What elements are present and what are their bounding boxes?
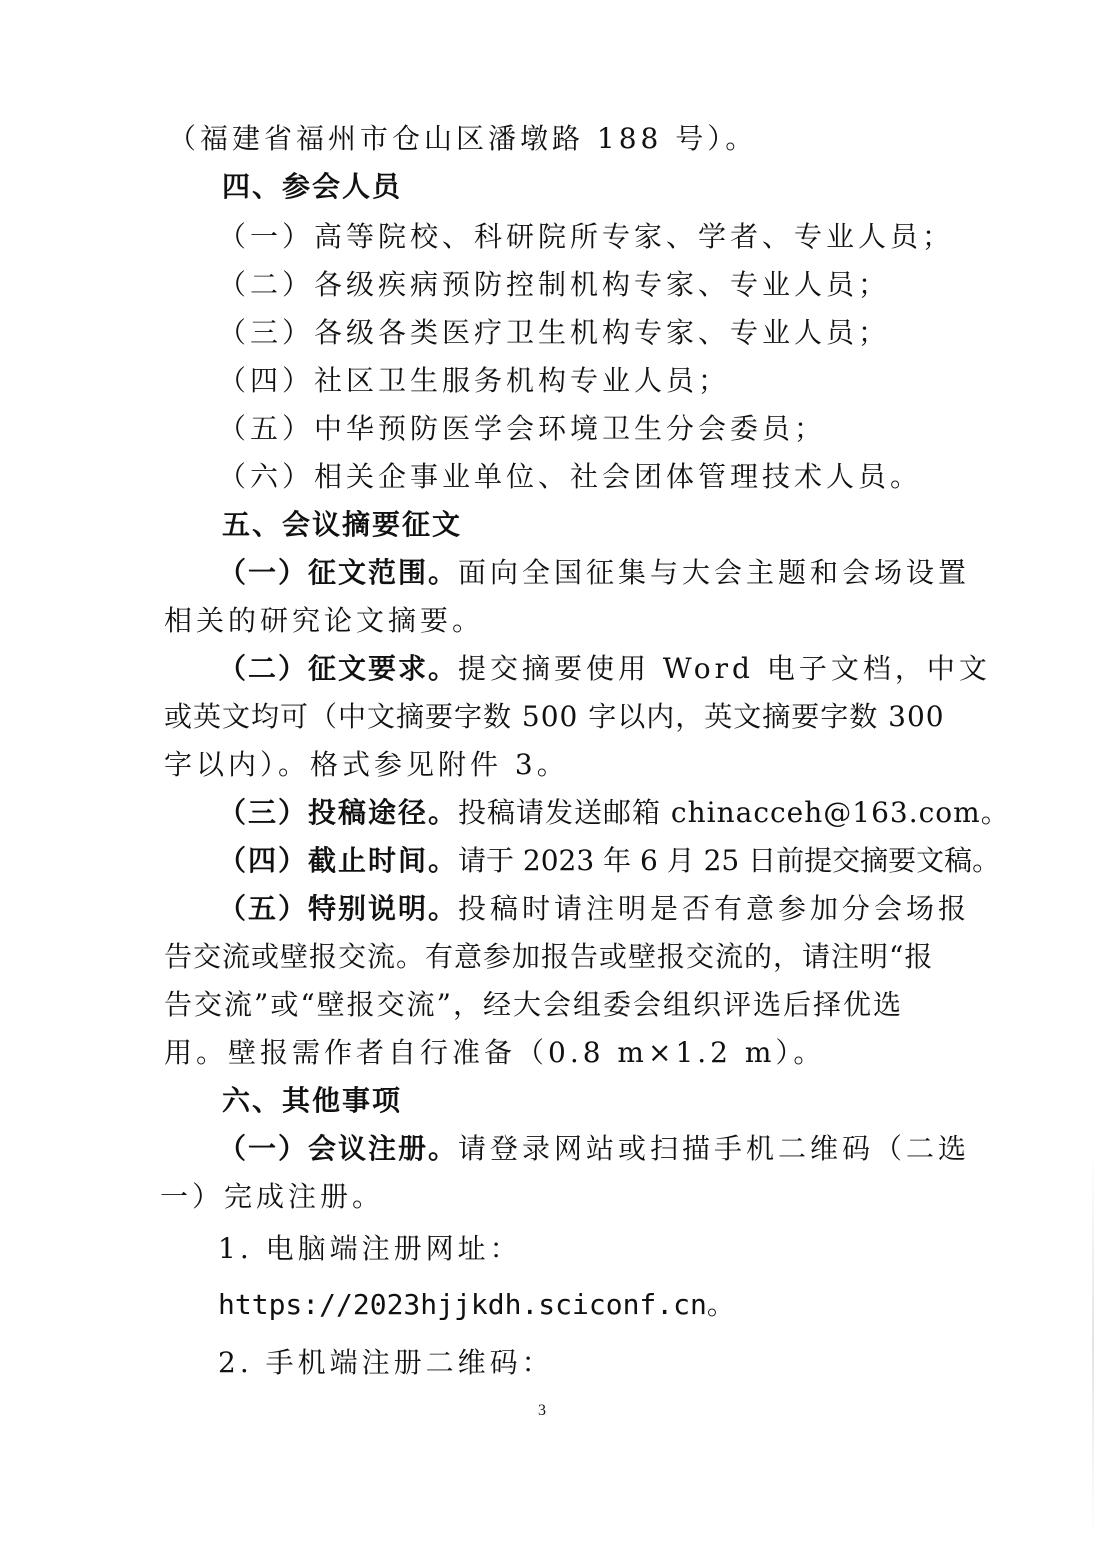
- pc-registration-label: 1. 电脑端注册网址：: [218, 1232, 522, 1266]
- scan-edge-shadow: [1092, 1150, 1094, 1540]
- attendee-item-5: （五）中华预防医学会环境卫生分会委员；: [218, 412, 826, 446]
- page-number: 3: [538, 1402, 546, 1420]
- special-notes-paragraph: （五）特别说明。投稿时请注明是否有意参加分会场报: [218, 892, 970, 926]
- submission-route-lead: （三）投稿途径。: [218, 796, 458, 829]
- special-notes-text-3: 告交流”或“壁报交流”，经大会组委会组织评选后择优选: [164, 988, 903, 1022]
- abstract-requirements-text-2: 或英文均可（中文摘要字数 500 字以内，英文摘要字数 300: [164, 700, 945, 734]
- registration-text-2: 一）完成注册。: [160, 1180, 384, 1214]
- abstract-requirements-text-3: 字以内）。格式参见附件 3。: [164, 748, 569, 782]
- registration-paragraph: （一）会议注册。请登录网站或扫描手机二维码（二选: [218, 1132, 970, 1166]
- attendee-item-6: （六）相关企事业单位、社会团体管理技术人员。: [218, 460, 922, 494]
- section-4-title: 四、参会人员: [222, 170, 402, 204]
- special-notes-lead: （五）特别说明。: [218, 892, 458, 925]
- deadline-lead: （四）截止时间。: [218, 844, 458, 877]
- submission-email-text: 投稿请发送邮箱 chinacceh@163.com。: [458, 796, 1010, 829]
- mobile-registration-label: 2. 手机端注册二维码：: [218, 1346, 554, 1380]
- section-5-title: 五、会议摘要征文: [222, 508, 462, 542]
- special-notes-text-4: 用。壁报需作者自行准备（0.8 m×1.2 m）。: [164, 1036, 825, 1070]
- pc-registration-url[interactable]: https://2023hjjkdh.sciconf.cn。: [218, 1288, 735, 1322]
- special-notes-text-2: 告交流或壁报交流。有意参加报告或壁报交流的，请注明“报: [164, 940, 933, 974]
- attendee-item-4: （四）社区卫生服务机构专业人员；: [218, 364, 730, 398]
- abstract-scope-text: 面向全国征集与大会主题和会场设置: [458, 556, 970, 589]
- deadline-paragraph: （四）截止时间。请于 2023 年 6 月 25 日前提交摘要文稿。: [218, 844, 1000, 878]
- abstract-requirements-lead: （二）征文要求。: [218, 652, 458, 685]
- registration-text: 请登录网站或扫描手机二维码（二选: [458, 1132, 970, 1165]
- attendee-item-1: （一）高等院校、科研院所专家、学者、专业人员；: [218, 220, 954, 254]
- abstract-scope-paragraph: （一）征文范围。面向全国征集与大会主题和会场设置: [218, 556, 970, 590]
- abstract-scope-lead: （一）征文范围。: [218, 556, 458, 589]
- address-line: （福建省福州市仓山区潘墩路 188 号）。: [168, 122, 757, 156]
- abstract-scope-text-2: 相关的研究论文摘要。: [164, 604, 484, 638]
- abstract-requirements-text: 提交摘要使用 Word 电子文档，中文: [458, 652, 991, 685]
- special-notes-text: 投稿时请注明是否有意参加分会场报: [458, 892, 970, 925]
- deadline-text: 请于 2023 年 6 月 25 日前提交摘要文稿。: [458, 844, 1000, 877]
- submission-route-paragraph: （三）投稿途径。投稿请发送邮箱 chinacceh@163.com。: [218, 796, 1010, 830]
- abstract-requirements-paragraph: （二）征文要求。提交摘要使用 Word 电子文档，中文: [218, 652, 991, 686]
- attendee-item-2: （二）各级疾病预防控制机构专家、专业人员；: [218, 268, 890, 302]
- registration-lead: （一）会议注册。: [218, 1132, 458, 1165]
- attendee-item-3: （三）各级各类医疗卫生机构专家、专业人员；: [218, 316, 890, 350]
- section-6-title: 六、其他事项: [222, 1084, 402, 1118]
